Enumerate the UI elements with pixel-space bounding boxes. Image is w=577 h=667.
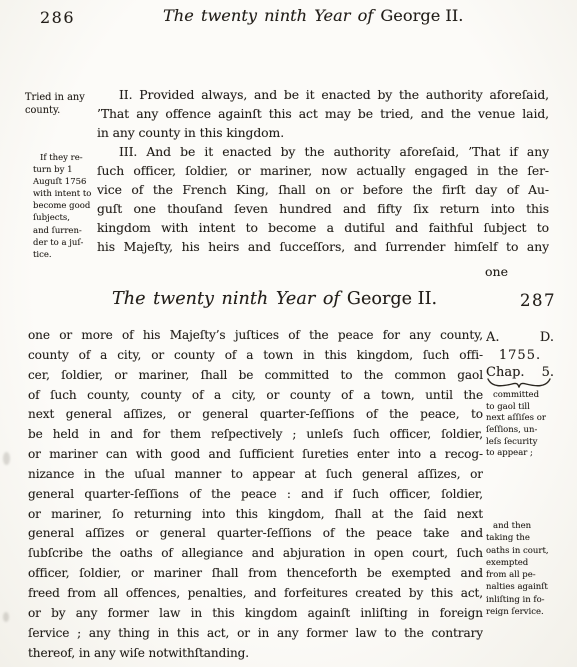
margin-note-line: leſs ſecurity [486, 437, 566, 449]
running-header-287: The twenty ninth Year ofGeorge II. [112, 289, 437, 309]
body-line: officer, ſoldier, or mariner ſhall from … [28, 564, 483, 584]
scan-speck [3, 612, 9, 622]
margin-date-line: 1755. [486, 347, 554, 365]
margin-chapter-date: A. D. 1755. Chap. 5. [486, 329, 554, 382]
margin-note-committed-to-gaol: committed to gaol till next aſſiſes or ſ… [486, 390, 566, 460]
margin-note-line: committed [486, 390, 566, 402]
body-line: ſuch officer, ſoldier, or mariner, now a… [97, 161, 549, 180]
body-line: kingdom with intent to become a dutiful … [97, 218, 549, 237]
body-line: his Majeſty, his heirs and ſucceſſors, a… [97, 237, 549, 256]
scanned-book-page: 286 The twenty ninth Year ofGeorge II. T… [0, 0, 577, 667]
scan-speck [3, 452, 10, 465]
margin-note-line: to gaol till [486, 402, 566, 414]
body-line: vice of the French King, ſhall on or bef… [97, 180, 549, 199]
body-line: one or more of his Majeſty’s juſtices of… [28, 326, 483, 346]
body-line: II. Provided always, and be it enacted b… [97, 85, 549, 104]
running-header-roman: George II. [380, 6, 463, 25]
catchword: one [460, 264, 508, 279]
body-line: next general aſſizes, or general quarter… [28, 405, 483, 425]
body-line: ſervice ; any thing in this act, or in a… [28, 624, 483, 644]
body-text-286: II. Provided always, and be it enacted b… [97, 85, 549, 256]
body-line: ’That any offence againſt this act may b… [97, 104, 549, 123]
body-line: of ſuch county, county of a city, or cou… [28, 386, 483, 406]
margin-note-tried-in-any-county: Tried in any county. [25, 92, 105, 117]
body-line: III. And be it enacted by the authority … [97, 142, 549, 161]
body-line: general aſſizes or general quarter-ſeſſi… [28, 524, 483, 544]
body-line: general quarter-ſeſſions of the peace : … [28, 485, 483, 505]
page-number-286: 286 [40, 8, 75, 27]
body-line: freed from all offences, penalties, and … [28, 584, 483, 604]
body-text-287: one or more of his Majeſty’s juſtices of… [28, 326, 483, 663]
horizontal-brace-icon [486, 377, 552, 390]
body-line: cer, ſoldier, or mariner, ſhall be commi… [28, 366, 483, 386]
margin-note-line: reign ſervice. [486, 606, 566, 618]
page-number-287: 287 [520, 291, 556, 310]
running-header-roman: George II. [347, 289, 437, 309]
margin-note-line: to appear ; [486, 448, 566, 460]
body-line: be held in and for them reſpectively ; u… [28, 425, 483, 445]
body-line: ſubſcribe the oaths of allegiance and ab… [28, 544, 483, 564]
running-header-286: The twenty ninth Year ofGeorge II. [163, 6, 463, 25]
margin-note-line: from all pe- [486, 569, 566, 581]
body-line: or mariner, ſo returning into this kingd… [28, 505, 483, 525]
body-line: thereof, in any wiſe notwithſtanding. [28, 644, 483, 664]
margin-note-line: taking the [486, 532, 566, 544]
body-line: or by any former law in this kingdom aga… [28, 604, 483, 624]
running-header-italic: The twenty ninth Year of [163, 6, 373, 25]
margin-note-line: Tried in any [25, 92, 105, 105]
body-line: nizance in the uſual manner to appear at… [28, 465, 483, 485]
margin-note-line: exempted [486, 557, 566, 569]
body-line: in any county in this kingdom. [97, 123, 549, 142]
margin-note-taking-oaths: and then taking the oaths in court, exem… [486, 520, 566, 618]
body-line: guſt one thouſand ſeven hundred and fift… [97, 199, 549, 218]
running-header-italic: The twenty ninth Year of [112, 289, 340, 309]
body-line: county of a city, or county of a town in… [28, 346, 483, 366]
margin-note-line: and then [486, 520, 566, 532]
margin-note-line: ſeſſions, un- [486, 425, 566, 437]
margin-date-line: A. D. [486, 329, 554, 347]
margin-note-line: inliſting in fo- [486, 594, 566, 606]
margin-note-line: nalties againſt [486, 581, 566, 593]
body-line: or mariner can with good and ſufficient … [28, 445, 483, 465]
margin-note-line: oaths in court, [486, 545, 566, 557]
margin-note-line: next aſſiſes or [486, 413, 566, 425]
margin-note-line: county. [25, 105, 105, 118]
